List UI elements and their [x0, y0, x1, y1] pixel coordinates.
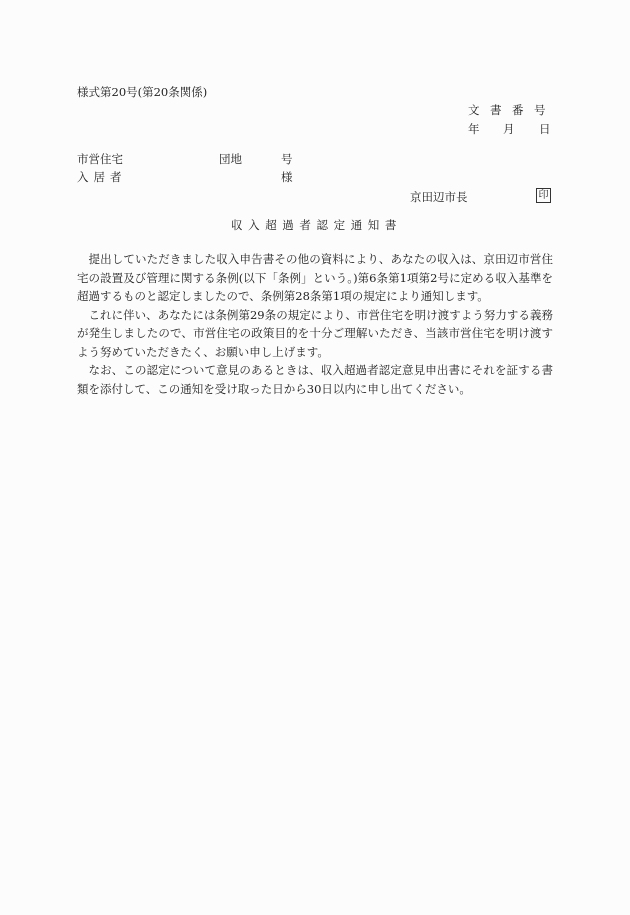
document-number-line: 文書番号	[468, 103, 546, 117]
issuer-name: 京田辺市長	[410, 190, 468, 204]
document-title: 収入超過者認定通知書	[231, 218, 402, 232]
housing-estate-label: 団地	[219, 152, 242, 166]
housing-unit-label: 号	[281, 152, 293, 166]
body-paragraph: 提出していただきました収入申告書その他の資料により、あなたの収入は、京田辺市営住…	[77, 250, 553, 306]
doc-number-char: 文	[468, 103, 490, 117]
doc-number-char: 番	[512, 103, 534, 117]
document-body: 提出していただきました収入申告書その他の資料により、あなたの収入は、京田辺市営住…	[77, 250, 553, 398]
form-number: 様式第20号(第20条関係)	[77, 85, 207, 99]
date-line: 年月日	[468, 122, 551, 136]
doc-number-char: 書	[490, 103, 512, 117]
date-year-label: 年	[468, 122, 503, 136]
body-paragraph: これに伴い、あなたには条例第29条の規定により、市営住宅を明け渡すよう努力する義…	[77, 306, 553, 362]
resident-honorific: 様	[281, 170, 293, 184]
date-month-label: 月	[503, 122, 539, 136]
doc-number-char: 号	[534, 103, 546, 117]
resident-label: 入居者	[77, 170, 127, 184]
body-paragraph: なお、この認定について意見のあるときは、収入超過者認定意見申出書にそれを証する書…	[77, 361, 553, 398]
date-day-label: 日	[539, 122, 551, 136]
recipient-housing-label: 市営住宅	[77, 152, 123, 166]
seal-icon: 印	[536, 188, 551, 203]
